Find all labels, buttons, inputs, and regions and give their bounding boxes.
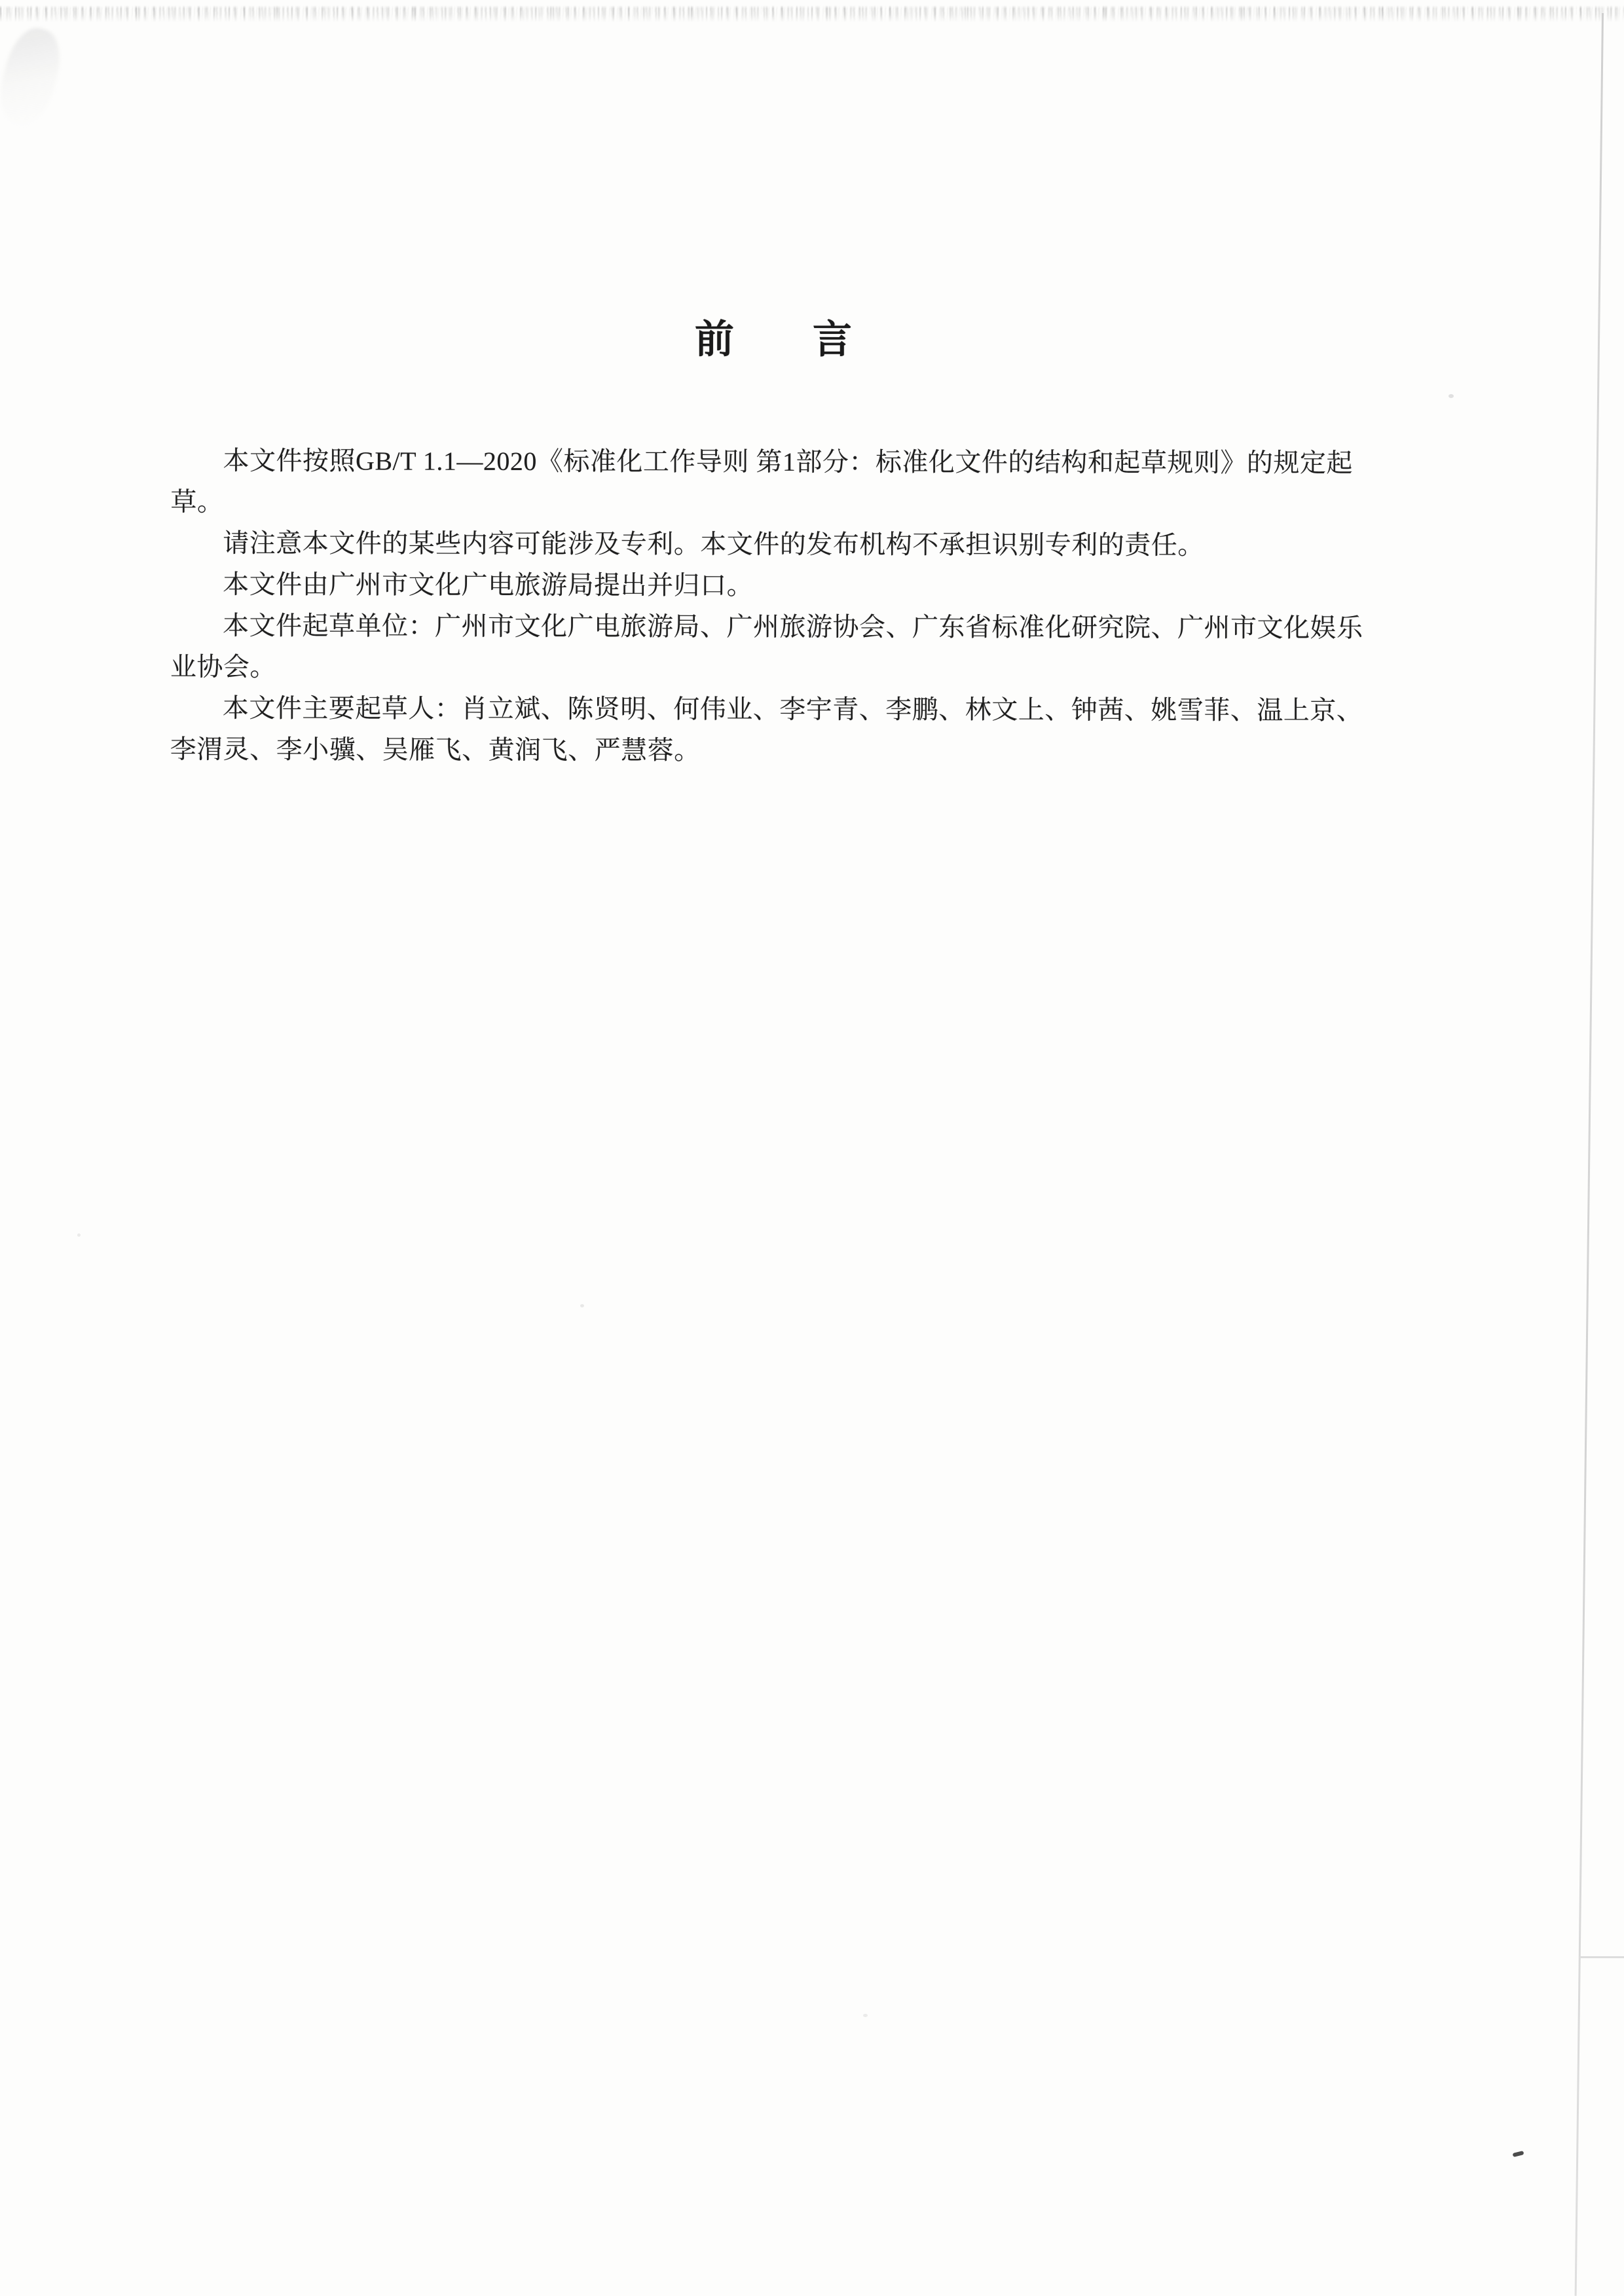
scan-speck xyxy=(863,2014,868,2017)
scan-smudge xyxy=(0,22,68,131)
scan-ink-mark xyxy=(1513,2151,1524,2157)
scan-speck xyxy=(77,1233,81,1237)
paragraph-drafting-organizations: 本文件起草单位：广州市文化广电旅游局、广州旅游协会、广东省标准化研究院、广州市文… xyxy=(170,605,1480,690)
scan-speck xyxy=(1449,394,1454,398)
foreword-title: 前 言 xyxy=(171,318,1376,361)
paragraph-patent-notice: 请注意本文件的某些内容可能涉及专利。本文件的发布机构不承担识别专利的责任。 xyxy=(170,522,1480,566)
scan-paper-edge-line xyxy=(1575,13,1604,2296)
paragraph-main-drafters: 本文件主要起草人：肖立斌、陈贤明、何伟业、李宇青、李鹏、林文上、钟茜、姚雪菲、温… xyxy=(170,687,1480,773)
paragraph-proposing-authority: 本文件由广州市文化广电旅游局提出并归口。 xyxy=(170,564,1480,608)
scan-horizontal-line xyxy=(1579,1956,1624,1958)
document-content: 前 言 本文件按照GB/T 1.1—2020《标准化工作导则 第1部分：标准化文… xyxy=(170,0,1501,773)
scan-speck xyxy=(580,1304,584,1307)
paragraph-drafting-rules: 本文件按照GB/T 1.1—2020《标准化工作导则 第1部分：标准化文件的结构… xyxy=(170,440,1480,525)
scanned-document-page: 前 言 本文件按照GB/T 1.1—2020《标准化工作导则 第1部分：标准化文… xyxy=(0,0,1624,2296)
